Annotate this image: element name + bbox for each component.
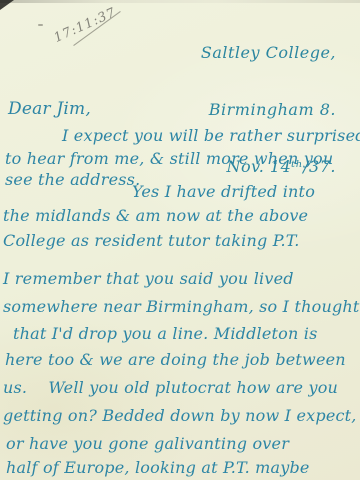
scan-top-edge: [0, 0, 360, 3]
greeting: Dear Jim,: [8, 99, 91, 119]
letter-line: I remember that you said you lived: [3, 269, 294, 288]
letter-line: somewhere near Birmingham, so I thought: [3, 297, 360, 316]
letterhead-city: Birmingham 8.: [201, 100, 336, 119]
letter-line: Yes I have drifted into: [132, 182, 315, 201]
letter-line: College as resident tutor taking P.T.: [3, 231, 300, 250]
letter-line: to hear from me, & still more when you: [5, 149, 333, 168]
letter-line: the midlands & am now at the above: [3, 206, 308, 225]
letter-line: that I'd drop you a line. Middleton is: [13, 324, 318, 343]
letter-line: see the address.: [5, 170, 140, 189]
letter-line: us. Well you old plutocrat how are you: [3, 378, 338, 397]
letter-line: getting on? Bedded down by now I expect,: [3, 406, 357, 425]
letter-line: here too & we are doing the job between: [5, 350, 346, 369]
scan-corner-shadow: [0, 0, 14, 10]
letter-line: or have you gone galivanting over: [6, 434, 289, 453]
pencil-date-annotation: 17:11:37: [52, 5, 119, 46]
letter-line: half of Europe, looking at P.T. maybe: [6, 458, 310, 477]
letter-page: 17:11:37 Saltley College, Birmingham 8. …: [0, 0, 360, 480]
letter-line: I expect you will be rather surprised: [62, 126, 360, 145]
pencil-mark: [38, 24, 43, 26]
letterhead-college: Saltley College,: [201, 43, 336, 62]
